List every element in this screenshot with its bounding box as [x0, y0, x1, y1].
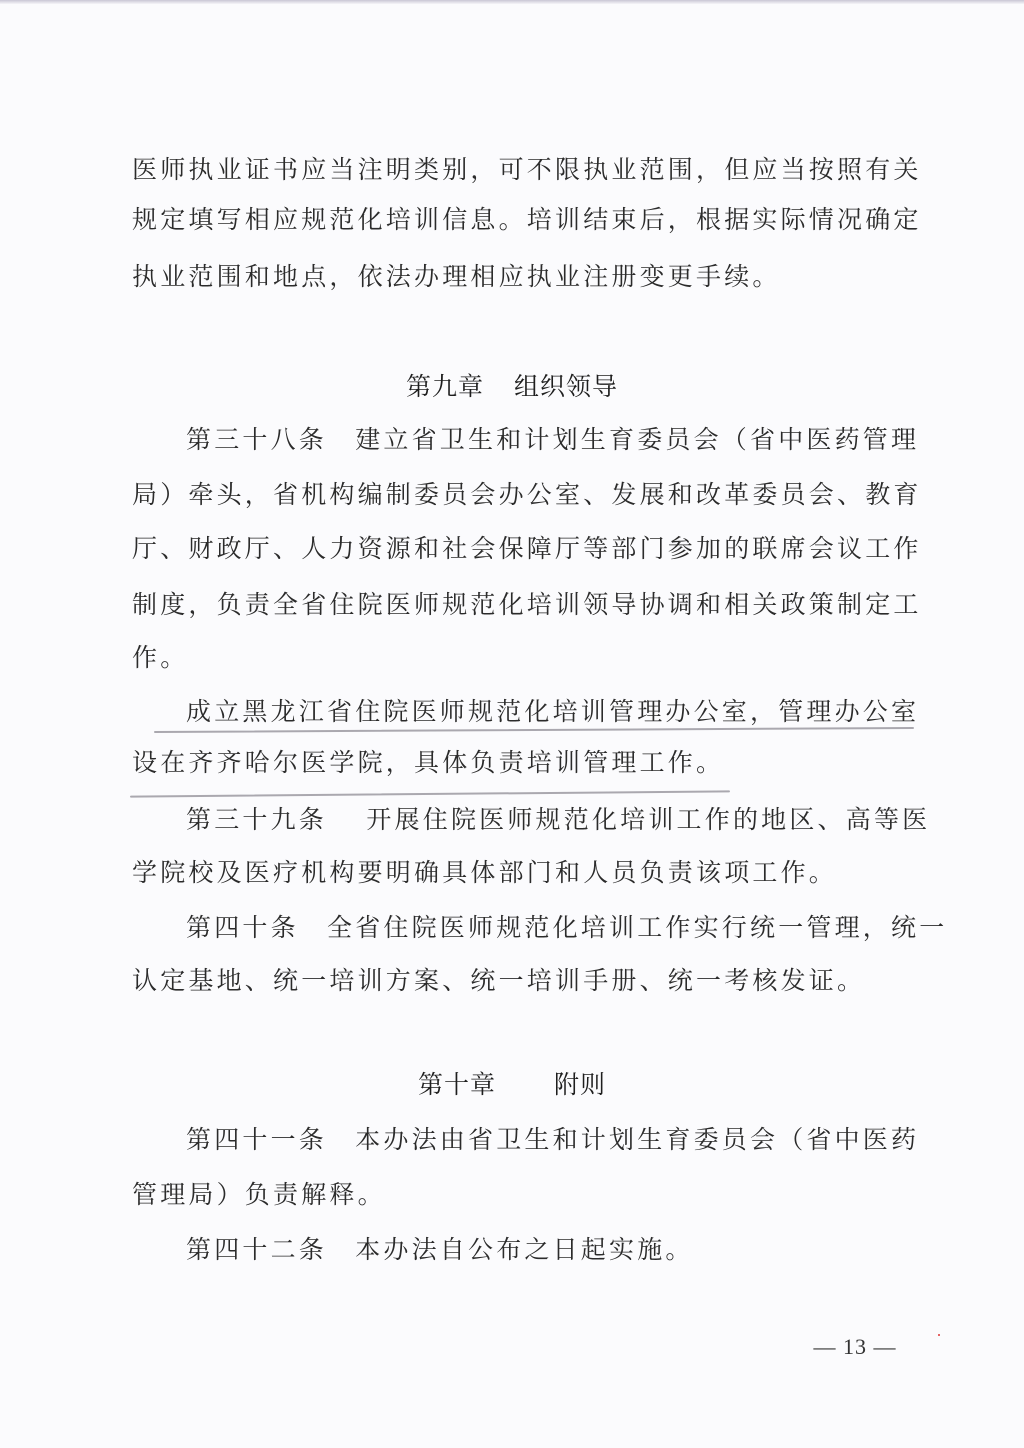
chapter-number: 第十章	[418, 1070, 496, 1099]
chapter-heading: 第十章 附则	[0, 1070, 1024, 1100]
article-line: 厅、财政厅、人力资源和社会保障厅等部门参加的联席会议工作	[132, 534, 922, 564]
article-line: 作。	[132, 643, 922, 673]
pen-underline	[130, 790, 730, 797]
text-line: 规定填写相应规范化培训信息。培训结束后，根据实际情况确定	[132, 205, 922, 235]
article-line: 第三十九条 开展住院医师规范化培训工作的地区、高等医	[186, 805, 976, 835]
article-line: 第四十条 全省住院医师规范化培训工作实行统一管理，统一	[186, 913, 976, 943]
article-line: 第四十二条 本办法自公布之日起实施。	[186, 1235, 976, 1265]
article-line-underlined: 设在齐齐哈尔医学院，具体负责培训管理工作。	[132, 748, 922, 778]
article-line: 认定基地、统一培训方案、统一培训手册、统一考核发证。	[132, 966, 922, 996]
chapter-title: 组织领导	[514, 372, 618, 401]
document-page: 医师执业证书应当注明类别，可不限执业范围，但应当按照有关 规定填写相应规范化培训…	[0, 0, 1024, 1448]
chapter-number: 第九章	[406, 372, 484, 401]
article-line: 第三十八条 建立省卫生和计划生育委员会（省中医药管理	[186, 425, 976, 455]
pen-underline	[154, 727, 914, 733]
chapter-heading: 第九章 组织领导	[0, 372, 1024, 402]
article-line: 第四十一条 本办法由省卫生和计划生育委员会（省中医药	[186, 1125, 976, 1155]
text-line: 执业范围和地点，依法办理相应执业注册变更手续。	[132, 262, 922, 292]
article-line-underlined: 成立黑龙江省住院医师规范化培训管理办公室，管理办公室	[186, 697, 976, 727]
page-number: — 13 —	[800, 1334, 910, 1360]
scan-artifact-dot	[938, 1334, 940, 1336]
article-line: 制度，负责全省住院医师规范化培训领导协调和相关政策制定工	[132, 590, 922, 620]
chapter-title: 附则	[554, 1070, 606, 1099]
article-line: 学院校及医疗机构要明确具体部门和人员负责该项工作。	[132, 858, 922, 888]
text-line: 医师执业证书应当注明类别，可不限执业范围，但应当按照有关	[132, 155, 922, 185]
article-line: 局）牵头，省机构编制委员会办公室、发展和改革委员会、教育	[132, 480, 922, 510]
article-line: 管理局）负责解释。	[132, 1180, 922, 1210]
